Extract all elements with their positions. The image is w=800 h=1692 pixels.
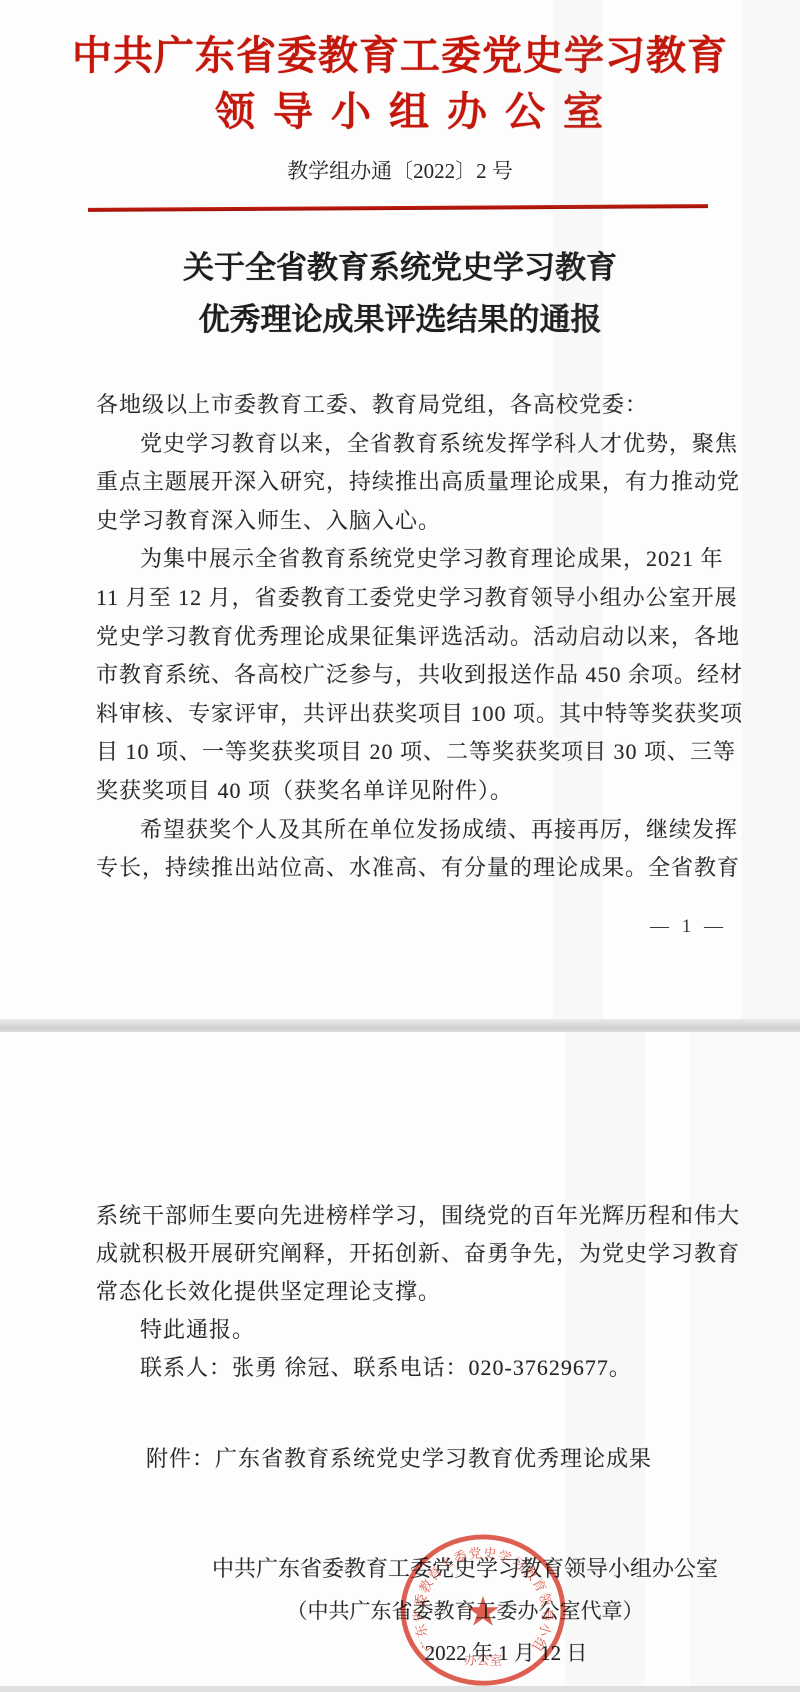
document-title: 关于全省教育系统党史学习教育 优秀理论成果评选结果的通报 <box>0 242 800 346</box>
body-line: 常态化长效化提供坚定理论支撑。 <box>96 1273 722 1311</box>
body-line: 奖获奖项目 40 项（获奖名单详见附件）。 <box>96 772 722 811</box>
body-line: 特此通报。 <box>96 1311 722 1349</box>
scan-artifact-band <box>742 0 800 1019</box>
body-paragraphs-page-2: 系统干部师生要向先进榜样学习，围绕党的百年光辉历程和伟大 成就积极开展研究阐释，… <box>96 1197 722 1387</box>
body-line: 为集中展示全省教育系统党史学习教育理论成果，2021 年 <box>96 540 722 579</box>
page-number: — 1 — <box>650 916 727 938</box>
seal-star-icon: ★ <box>465 1588 502 1636</box>
title-line-1: 关于全省教育系统党史学习教育 <box>0 242 800 294</box>
body-line: 料审核、专家评审，共评出获奖项目 100 项。其中特等奖获奖项 <box>96 695 722 734</box>
body-line: 市教育系统、各高校广泛参与，共收到报送作品 450 余项。经材 <box>96 656 722 695</box>
org-header-line-2: 领导小组办公室 <box>0 80 800 137</box>
attachment-line: 附件：广东省教育系统党史学习教育优秀理论成果 <box>146 1442 652 1473</box>
body-line: 史学习教育深入师生、入脑入心。 <box>96 502 722 541</box>
body-line: 目 10 项、一等奖获奖项目 20 项、二等奖获奖项目 30 项、三等 <box>96 733 722 772</box>
scanned-document: 中共广东省委教育工委党史学习教育 领导小组办公室 教学组办通〔2022〕2 号 … <box>0 0 800 1692</box>
body-line: 11 月至 12 月，省委教育工委党史学习教育领导小组办公室开展 <box>96 579 722 618</box>
org-header-line-1: 中共广东省委教育工委党史学习教育 <box>0 24 800 81</box>
body-paragraphs-page-1: 各地级以上市委教育工委、教育局党组，各高校党委： 党史学习教育以来，全省教育系统… <box>96 386 722 888</box>
body-line: 专长，持续推出站位高、水准高、有分量的理论成果。全省教育 <box>96 849 722 888</box>
body-line: 党史学习教育优秀理论成果征集评选活动。活动启动以来，各地 <box>96 618 722 657</box>
body-line: 希望获奖个人及其所在单位发扬成绩、再接再厉，继续发挥 <box>96 811 722 850</box>
seal-bottom-text: 办公室 <box>464 1653 502 1668</box>
body-line: 成就积极开展研究阐释，开拓创新、奋勇争先，为党史学习教育 <box>96 1235 722 1273</box>
body-line: 联系人：张勇 徐冠、联系电话：020-37629677。 <box>96 1349 722 1387</box>
official-seal: 广东省委教育工委党史学习教育领导小组 ★ 办公室 <box>395 1532 571 1692</box>
red-separator-line <box>88 204 708 212</box>
body-line: 各地级以上市委教育工委、教育局党组，各高校党委： <box>96 386 722 425</box>
bottom-scan-edge <box>0 1686 800 1692</box>
body-line: 系统干部师生要向先进榜样学习，围绕党的百年光辉历程和伟大 <box>96 1197 722 1235</box>
body-line: 党史学习教育以来，全省教育系统发挥学科人才优势，聚焦 <box>96 425 722 464</box>
doc-number: 教学组办通〔2022〕2 号 <box>0 155 800 185</box>
title-line-2: 优秀理论成果评选结果的通报 <box>0 294 800 346</box>
body-line: 重点主题展开深入研究，持续推出高质量理论成果，有力推动党 <box>96 463 722 502</box>
page-break-divider <box>0 1019 800 1032</box>
